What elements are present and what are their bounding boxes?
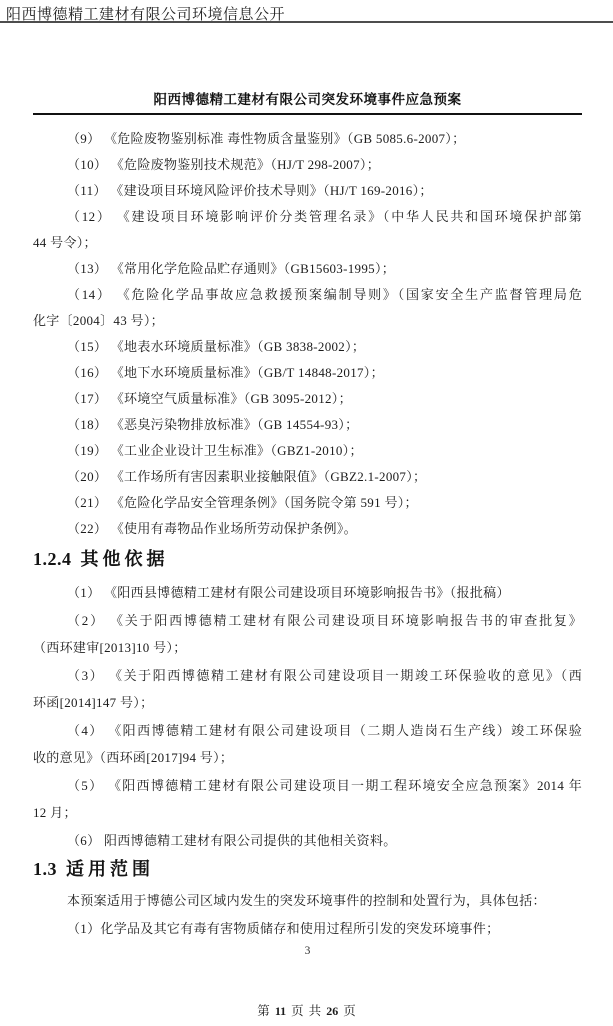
section-heading-number: 1.2.4	[33, 549, 72, 569]
document-page: 阳西博德精工建材有限公司突发环境事件应急预案 （9） 《危险废物鉴别标准 毒性物…	[33, 92, 582, 957]
doc-line: （20） 《工作场所有害因素职业接触限值》（GBZ2.1-2007）；	[33, 464, 582, 490]
doc-line: （22） 《使用有毒物品作业场所劳动保护条例》。	[33, 516, 582, 542]
doc-line: （2） 《关于阳西博德精工建材有限公司建设项目环境影响报告书的审查批复》	[33, 607, 582, 635]
doc-line: （21） 《危险化学品安全管理条例》（国务院令第 591 号）；	[33, 490, 582, 516]
doc-line: 12 月；	[33, 799, 582, 827]
doc-line: 44 号令）；	[33, 230, 582, 256]
doc-line: 环函[2014]147 号）；	[33, 689, 582, 717]
doc-line: （13） 《常用化学危险品贮存通则》（GB15603-1995）；	[33, 256, 582, 282]
document-body: （9） 《危险废物鉴别标准 毒性物质含量鉴别》（GB 5085.6-2007）；…	[33, 126, 582, 942]
doc-line: （西环建审[2013]10 号）；	[33, 634, 582, 662]
doc-line: （12） 《建设项目环境影响评价分类管理名录》（中华人民共和国环境保护部第	[33, 204, 582, 230]
doc-line: （16） 《地下水环境质量标准》（GB/T 14848-2017）；	[33, 360, 582, 386]
doc-line: （18） 《恶臭污染物排放标准》（GB 14554-93）；	[33, 412, 582, 438]
doc-line: （5） 《阳西博德精工建材有限公司建设项目一期工程环境安全应急预案》2014 年	[33, 772, 582, 800]
footer-label-of: 共	[309, 1004, 322, 1018]
section-heading-label: 适用范围	[66, 859, 154, 879]
doc-line: （4） 《阳西博德精工建材有限公司建设项目（二期人造岗石生产线）竣工环保验	[33, 717, 582, 745]
section-heading-label: 其他依据	[81, 549, 169, 569]
document-page-number: 3	[33, 945, 582, 957]
doc-line: 本预案适用于博德公司区域内发生的突发环境事件的控制和处置行为，具体包括：	[33, 887, 582, 915]
document-title: 阳西博德精工建材有限公司突发环境事件应急预案	[33, 92, 582, 115]
doc-line: （19） 《工业企业设计卫生标准》（GBZ1-2010）；	[33, 438, 582, 464]
section-heading: 1.2.4其他依据	[33, 546, 582, 573]
doc-line: （1）化学品及其它有毒有害物质储存和使用过程所引发的突发环境事件；	[33, 915, 582, 943]
pagination-footer: 第11页共26页	[0, 1001, 613, 1019]
footer-label-page2: 页	[343, 1004, 356, 1018]
doc-line: （11） 《建设项目环境风险评价技术导则》（HJ/T 169-2016）；	[33, 178, 582, 204]
doc-line: （9） 《危险废物鉴别标准 毒性物质含量鉴别》（GB 5085.6-2007）；	[33, 126, 582, 152]
site-header: 阳西博德精工建材有限公司环境信息公开	[0, 0, 613, 23]
section-heading-number: 1.3	[33, 859, 57, 879]
doc-line: （15） 《地表水环境质量标准》（GB 3838-2002）；	[33, 334, 582, 360]
footer-label-page: 页	[291, 1004, 304, 1018]
footer-current-page: 11	[275, 1004, 286, 1018]
doc-line: （1） 《阳西县博德精工建材有限公司建设项目环境影响报告书》（报批稿）	[33, 579, 582, 607]
doc-line: （10） 《危险废物鉴别技术规范》（HJ/T 298-2007）；	[33, 152, 582, 178]
doc-line: 收的意见》（西环函[2017]94 号）；	[33, 744, 582, 772]
doc-line: （14） 《危险化学品事故应急救援预案编制导则》（国家安全生产监督管理局危	[33, 282, 582, 308]
doc-line: （6） 阳西博德精工建材有限公司提供的其他相关资料。	[33, 827, 582, 855]
doc-line: 化字〔2004〕43 号）；	[33, 308, 582, 334]
site-title: 阳西博德精工建材有限公司环境信息公开	[6, 7, 285, 23]
footer-total-pages: 26	[326, 1004, 338, 1018]
footer-prefix: 第	[257, 1004, 270, 1018]
section-heading: 1.3适用范围	[33, 856, 582, 883]
doc-line: （3） 《关于阳西博德精工建材有限公司建设项目一期竣工环保验收的意见》（西	[33, 662, 582, 690]
doc-line: （17） 《环境空气质量标准》（GB 3095-2012）；	[33, 386, 582, 412]
